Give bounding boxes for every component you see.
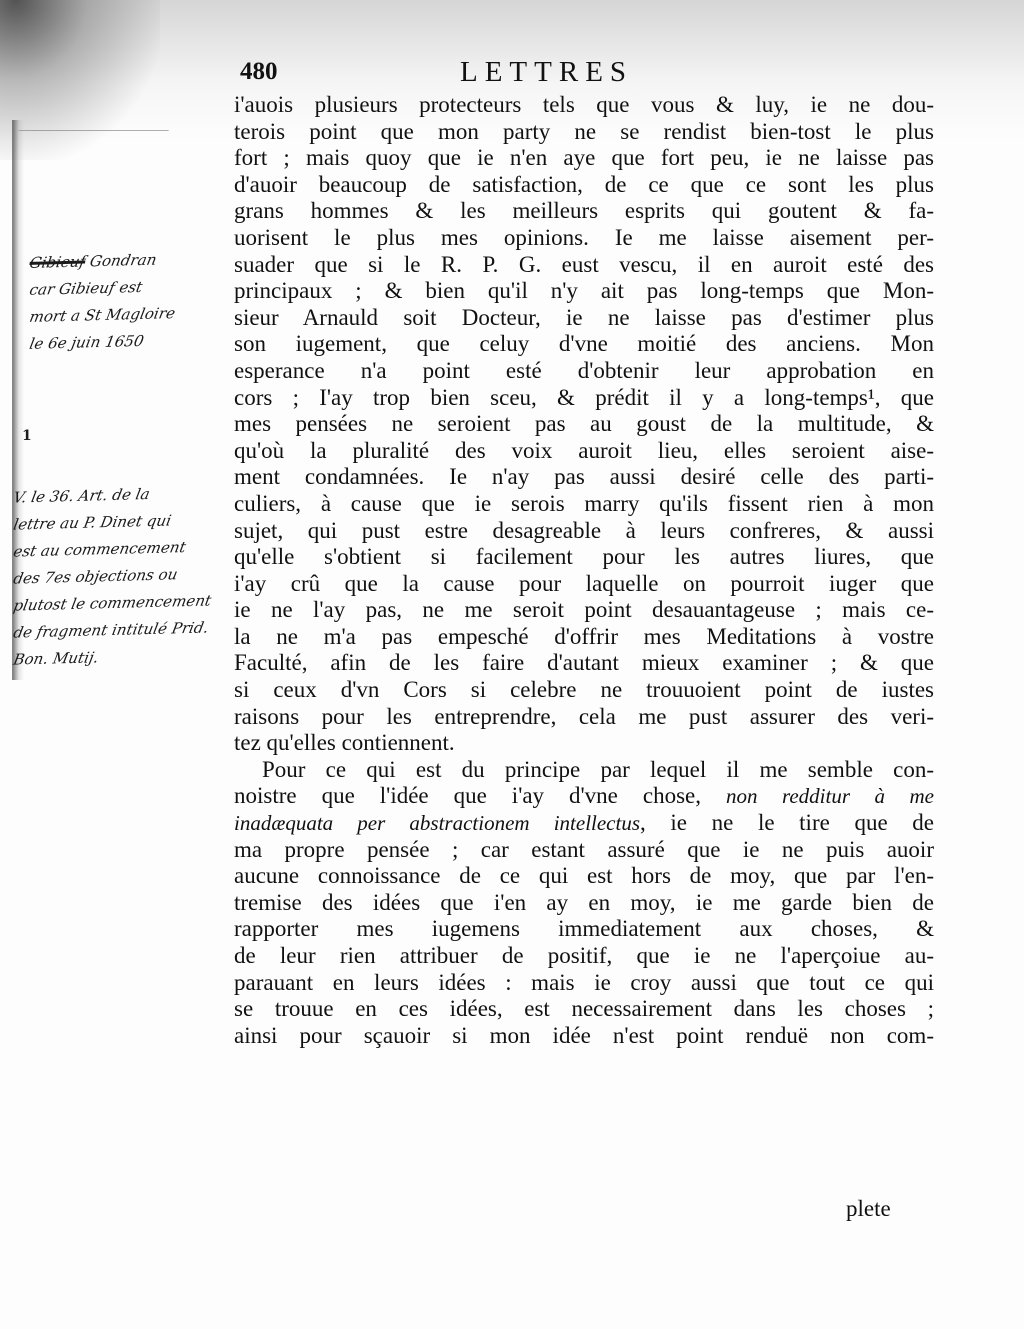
- text-line: qu'où la pluralité des voix auroit lieu,…: [234, 438, 934, 465]
- text-line: raisons pour les entreprendre, cela me p…: [234, 704, 934, 731]
- note-line: le 6e juin 1650: [27, 327, 177, 358]
- text-line: rapporter mes iugemens immediatement aux…: [234, 916, 934, 943]
- roman-text: noistre que l'idée que i'ay d'vne chose,: [234, 783, 726, 808]
- text-line: fort ; mais quoy que ie n'en aye que for…: [234, 145, 934, 172]
- text-line: i'auois plusieurs protecteurs tels que v…: [234, 92, 934, 119]
- text-line: qu'elle s'obtient si facilement pour les…: [234, 544, 934, 571]
- text-line: Faculté, afin de les faire d'autant mieu…: [234, 650, 934, 677]
- text-line: aucune connoissance de ce qui est hors d…: [234, 863, 934, 890]
- text-line: se trouue en ces idées, est necessaireme…: [234, 996, 934, 1023]
- page-number: 480: [240, 58, 278, 86]
- note-word: Gondran: [88, 251, 158, 271]
- latin-italic-text: inadæquata per abstractionem intellectus: [234, 811, 640, 835]
- text-line: ma propre pensée ; car estant assuré que…: [234, 837, 934, 864]
- running-head: 480 LETTRES: [240, 58, 940, 92]
- text-line: ainsi pour sçauoir si mon idée n'est poi…: [234, 1023, 934, 1050]
- text-line: principaux ; & bien qu'il n'y ait pas lo…: [234, 278, 934, 305]
- text-line: si ceux d'vn Cors si celebre ne trouuoie…: [234, 677, 934, 704]
- text-line: de leur rien attribuer de positif, que i…: [234, 943, 934, 970]
- scanned-book-page: 480 LETTRES i'auois plusieurs protecteur…: [0, 0, 1024, 1329]
- text-line: culiers, à cause que ie serois marry qu'…: [234, 491, 934, 518]
- note-line: mort a St Magloire: [27, 300, 177, 331]
- text-line: i'ay crû que la cause pour laquelle on p…: [234, 571, 934, 598]
- latin-italic-text: non redditur à me: [726, 784, 934, 808]
- catchword: plete: [846, 1196, 891, 1222]
- text-line: suader que si le R. P. G. eust vescu, il…: [234, 252, 934, 279]
- text-line: esperance n'a point esté d'obtenir leur …: [234, 358, 934, 385]
- text-line: cors ; I'ay trop bien sceu, & prédit il …: [234, 385, 934, 412]
- text-line: la ne m'a pas empesché d'offrir mes Medi…: [234, 624, 934, 651]
- text-line: parauant en leurs idées : mais ie croy a…: [234, 970, 934, 997]
- text-line: inadæquata per abstractionem intellectus…: [234, 810, 934, 837]
- text-line: noistre que l'idée que i'ay d'vne chose,…: [234, 783, 934, 810]
- roman-text: , ie ne le tire que de: [640, 810, 934, 835]
- text-line: ie ne l'ay pas, ne me seroit point desau…: [234, 597, 934, 624]
- text-line: sieur Arnauld soit Docteur, ie ne laisse…: [234, 305, 934, 332]
- text-line: uorisent le plus mes opinions. Ie me lai…: [234, 225, 934, 252]
- text-line: terois point que mon party ne se rendist…: [234, 119, 934, 146]
- text-line: ment condamnées. Ie n'ay pas aussi desir…: [234, 464, 934, 491]
- body-text: i'auois plusieurs protecteurs tels que v…: [234, 92, 934, 1049]
- text-line: mes pensées ne seroient pas au goust de …: [234, 411, 934, 438]
- struck-through-word: Gibieuf: [28, 252, 87, 271]
- note-line: Bon. Mutij.: [11, 641, 214, 673]
- text-line: d'auoir beaucoup de satisfaction, de ce …: [234, 172, 934, 199]
- note-line: car Gibieuf est: [27, 273, 177, 304]
- paragraph-start-line: Pour ce qui est du principe par lequel i…: [234, 757, 934, 784]
- running-title: LETTRES: [460, 56, 633, 89]
- text-line: tez qu'elles contiennent.: [234, 730, 934, 757]
- handwritten-note-gondran: Gibieuf Gondran car Gibieuf est mort a S…: [30, 248, 175, 356]
- handwritten-note-dinet: V. le 36. Art. de la lettre au P. Dinet …: [14, 482, 211, 671]
- footnote-marker: 1: [22, 428, 32, 444]
- scan-corner-shadow: [0, 0, 160, 160]
- text-line: grans hommes & les meilleurs esprits qui…: [234, 198, 934, 225]
- text-line: sujet, qui pust estre desagreable à leur…: [234, 518, 934, 545]
- note-line: Gibieuf Gondran: [27, 246, 177, 277]
- text-line: tremise des idées que i'en ay en moy, ie…: [234, 890, 934, 917]
- text-line: son iugement, que celuy d'vne moitié des…: [234, 331, 934, 358]
